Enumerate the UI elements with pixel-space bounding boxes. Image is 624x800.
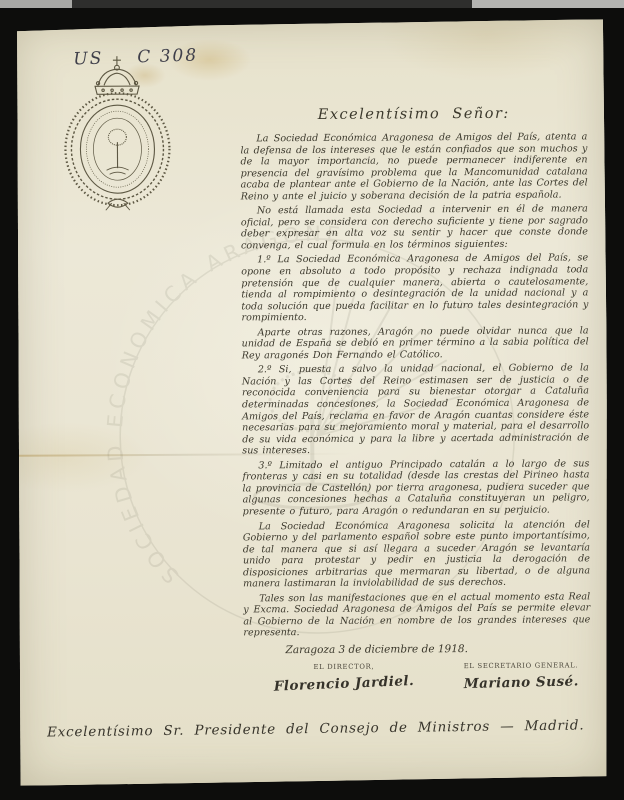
letter-paragraph-1: La Sociedad Económica Aragonesa de Amigo… <box>240 131 587 202</box>
scanner-edge-strip-middle <box>72 0 472 8</box>
letter-paper-sheet: USC 308 <box>15 19 610 786</box>
scanner-edge-strip-left <box>0 0 72 8</box>
letter-paragraph-3: 1.º La Sociedad Económica Aragonesa de A… <box>241 253 588 324</box>
crowned-oval-seal-icon <box>51 52 184 215</box>
signature-row: EL DIRECTOR, Florencio Jardiel. EL SECRE… <box>244 661 591 692</box>
recipient-address-line: Excelentísimo Sr. Presidente del Consejo… <box>47 717 585 740</box>
letter-paragraph-4: Aparte otras razones, Aragón no puede ol… <box>242 325 589 362</box>
scanner-edge-strip-right <box>472 0 624 8</box>
scanned-document-page: USC 308 <box>0 0 624 800</box>
letter-paragraph-7: La Sociedad Económica Aragonesa solicita… <box>243 519 590 590</box>
letter-paragraph-6: 3.º Limitado el antiguo Principado catal… <box>242 458 589 518</box>
secretary-role-label: EL SECRETARIO GENERAL. <box>463 661 578 670</box>
signature-block-secretary: EL SECRETARIO GENERAL. Mariano Susé. <box>463 661 578 691</box>
letter-paragraph-5: 2.º Si, puesta a salvo la unidad naciona… <box>242 363 590 457</box>
letter-date-line: Zaragoza 3 de diciembre de 1918. <box>285 642 590 656</box>
letter-paragraph-8: Tales son las manifestaciones que en el … <box>243 591 590 639</box>
letter-salutation: Excelentísimo Señor: <box>240 105 587 123</box>
letter-paragraph-2: No está llamada esta Sociedad a interven… <box>241 204 588 252</box>
signature-block-director: EL DIRECTOR, Florencio Jardiel. <box>274 662 415 692</box>
director-signature: Florencio Jardiel. <box>273 673 414 695</box>
director-role-label: EL DIRECTOR, <box>274 662 415 671</box>
secretary-signature: Mariano Susé. <box>463 673 579 692</box>
letter-text-column: Excelentísimo Señor: La Sociedad Económi… <box>240 105 591 692</box>
